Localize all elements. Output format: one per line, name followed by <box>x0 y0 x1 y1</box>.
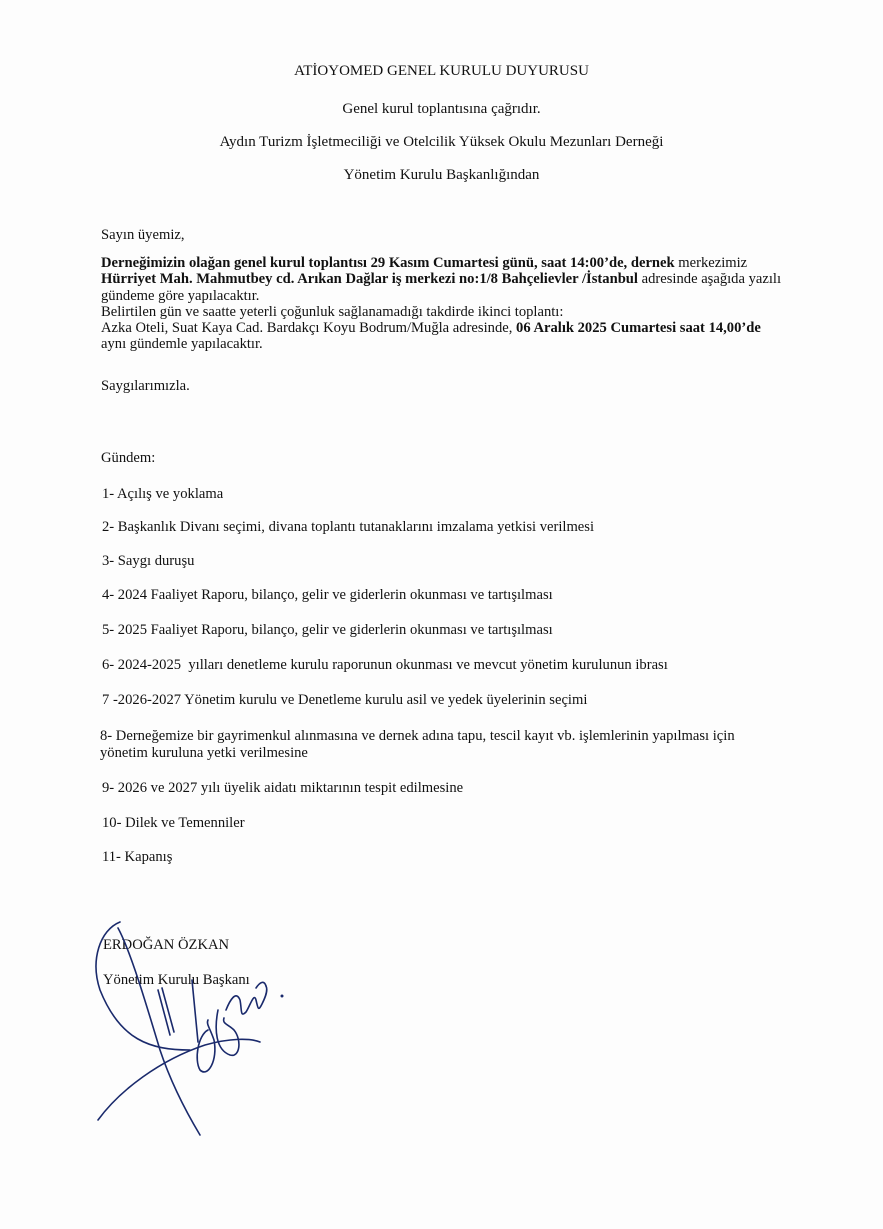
agenda-item: 10- Dilek ve Temenniler <box>102 815 245 831</box>
body-line-6: aynı gündemle yapılacaktır. <box>101 336 781 352</box>
agenda-item: 8- Derneğemize bir gayrimenkul alınmasın… <box>100 728 735 744</box>
document-subtitle: Genel kurul toplantısına çağrıdır. <box>0 101 883 118</box>
document-title: ATİOYOMED GENEL KURULU DUYURUSU <box>0 63 883 80</box>
greeting: Sayın üyemiz, <box>101 227 185 243</box>
organization-name: Aydın Turizm İşletmeciliği ve Otelcilik … <box>0 134 883 151</box>
body-line-5-main: Azka Oteli, Suat Kaya Cad. Bardakçı Koyu… <box>101 320 516 336</box>
body-line-2: Hürriyet Mah. Mahmutbey cd. Arıkan Dağla… <box>101 271 781 287</box>
agenda-item: 5- 2025 Faaliyet Raporu, bilanço, gelir … <box>102 622 553 638</box>
body-line-4: Belirtilen gün ve saatte yeterli çoğunlu… <box>101 304 781 320</box>
body-line-3: gündeme göre yapılacaktır. <box>101 288 781 304</box>
agenda-item-continuation: yönetim kuruluna yetki verilmesine <box>100 745 308 761</box>
agenda-item: 7 -2026-2027 Yönetim kurulu ve Denetleme… <box>102 692 587 708</box>
second-meeting-date: 06 Aralık 2025 Cumartesi saat 14,00’de <box>516 320 761 336</box>
body-line-1-main: Derneğimizin olağan genel kurul toplantı… <box>101 255 678 271</box>
body-line-1-tail: merkezimiz <box>678 255 747 271</box>
announcement-body: Derneğimizin olağan genel kurul toplantı… <box>101 255 781 353</box>
agenda-item: 2- Başkanlık Divanı seçimi, divana topla… <box>102 519 594 535</box>
agenda-item: 1- Açılış ve yoklama <box>102 486 223 502</box>
body-line-2-main: Hürriyet Mah. Mahmutbey cd. Arıkan Dağla… <box>101 271 642 287</box>
agenda-item: 11- Kapanış <box>102 849 172 865</box>
agenda-item: 3- Saygı duruşu <box>102 553 194 569</box>
agenda-item: 6- 2024-2025 yılları denetleme kurulu ra… <box>102 657 668 673</box>
agenda-item: 4- 2024 Faaliyet Raporu, bilanço, gelir … <box>102 587 553 603</box>
body-line-1: Derneğimizin olağan genel kurul toplantı… <box>101 255 781 271</box>
agenda-item: 9- 2026 ve 2027 yılı üyelik aidatı mikta… <box>102 780 463 796</box>
document-page: ATİOYOMED GENEL KURULU DUYURUSU Genel ku… <box>0 0 883 1229</box>
body-line-2-tail: adresinde aşağıda yazılı <box>642 271 781 287</box>
body-line-5: Azka Oteli, Suat Kaya Cad. Bardakçı Koyu… <box>101 320 781 336</box>
issuer: Yönetim Kurulu Başkanlığından <box>0 167 883 184</box>
agenda-title: Gündem: <box>101 450 155 466</box>
handwritten-signature-icon <box>90 920 290 1140</box>
closing: Saygılarımızla. <box>101 378 190 394</box>
